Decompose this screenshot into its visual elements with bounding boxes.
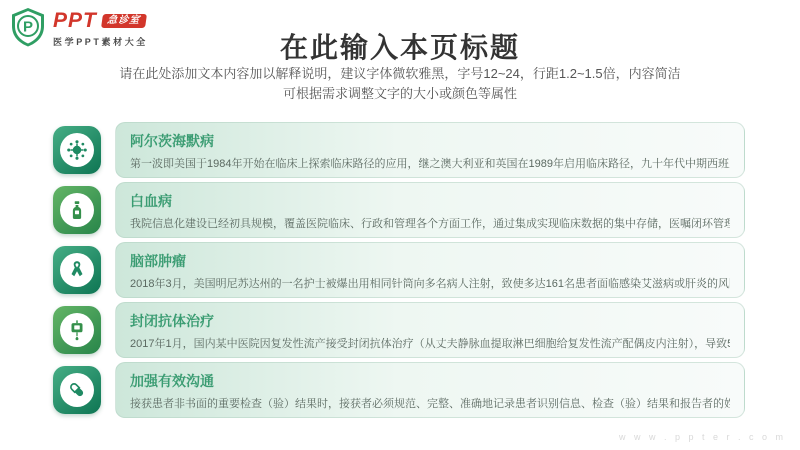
capsule-icon	[66, 379, 88, 401]
topic-card: 封闭抗体治疗 2017年1月，国内某中医院因复发性流产接受封闭抗体治疗（从丈夫静…	[115, 302, 745, 358]
virus-icon	[66, 139, 88, 161]
awareness-ribbon-icon	[66, 259, 88, 281]
icon-tile	[53, 306, 101, 354]
page-subtitle: 请在此处添加文本内容加以解释说明，建议字体微软雅黑，字号12~24，行距1.2~…	[60, 64, 740, 104]
topic-title: 阿尔茨海默病	[130, 131, 730, 151]
topic-title: 白血病	[130, 191, 730, 211]
iv-drip-icon	[66, 319, 88, 341]
slide-canvas: P PPT 急诊室 医学PPT素材大全 在此输入本页标题 请在此处添加文本内容加…	[0, 0, 800, 450]
topic-body: 2018年3月，美国明尼苏达州的一名护士被爆出用相同针筒向多名病人注射，致使多达…	[130, 275, 730, 291]
page-subtitle-line2: 可根据需求调整文字的大小或颜色等属性	[60, 84, 740, 104]
page-subtitle-line1: 请在此处添加文本内容加以解释说明，建议字体微软雅黑，字号12~24，行距1.2~…	[60, 64, 740, 84]
topic-title: 封闭抗体治疗	[130, 311, 730, 331]
topic-card: 加强有效沟通 接获患者非书面的重要检查（验）结果时，接获者必须规范、完整、准确地…	[115, 362, 745, 418]
topic-list: 阿尔茨海默病 第一波即美国于1984年开始在临床上探索临床路径的应用，继之澳大利…	[53, 122, 745, 422]
list-item: 封闭抗体治疗 2017年1月，国内某中医院因复发性流产接受封闭抗体治疗（从丈夫静…	[53, 302, 745, 358]
topic-body: 第一波即美国于1984年开始在临床上探索临床路径的应用，继之澳大利亚和英国在19…	[130, 155, 730, 171]
icon-tile	[53, 246, 101, 294]
topic-title: 脑部肿瘤	[130, 251, 730, 271]
icon-tile	[53, 126, 101, 174]
topic-body: 我院信息化建设已经初具规模，覆盖医院临床、行政和管理各个方面工作，通过集成实现临…	[130, 215, 730, 231]
list-item: 脑部肿瘤 2018年3月，美国明尼苏达州的一名护士被爆出用相同针筒向多名病人注射…	[53, 242, 745, 298]
icon-tile	[53, 366, 101, 414]
topic-card: 阿尔茨海默病 第一波即美国于1984年开始在临床上探索临床路径的应用，继之澳大利…	[115, 122, 745, 178]
topic-body: 接获患者非书面的重要检查（验）结果时，接获者必须规范、完整、准确地记录患者识别信…	[130, 395, 730, 411]
watermark: w w w . p p t e r . c o m	[619, 432, 786, 442]
topic-title: 加强有效沟通	[130, 371, 730, 391]
list-item: 阿尔茨海默病 第一波即美国于1984年开始在临床上探索临床路径的应用，继之澳大利…	[53, 122, 745, 178]
icon-tile	[53, 186, 101, 234]
topic-body: 2017年1月，国内某中医院因复发性流产接受封闭抗体治疗（从丈夫静脉血提取淋巴细…	[130, 335, 730, 351]
list-item: 白血病 我院信息化建设已经初具规模，覆盖医院临床、行政和管理各个方面工作，通过集…	[53, 182, 745, 238]
topic-card: 白血病 我院信息化建设已经初具规模，覆盖医院临床、行政和管理各个方面工作，通过集…	[115, 182, 745, 238]
topic-card: 脑部肿瘤 2018年3月，美国明尼苏达州的一名护士被爆出用相同针筒向多名病人注射…	[115, 242, 745, 298]
medicine-bottle-icon	[66, 199, 88, 221]
page-title: 在此输入本页标题	[0, 26, 800, 66]
list-item: 加强有效沟通 接获患者非书面的重要检查（验）结果时，接获者必须规范、完整、准确地…	[53, 362, 745, 418]
